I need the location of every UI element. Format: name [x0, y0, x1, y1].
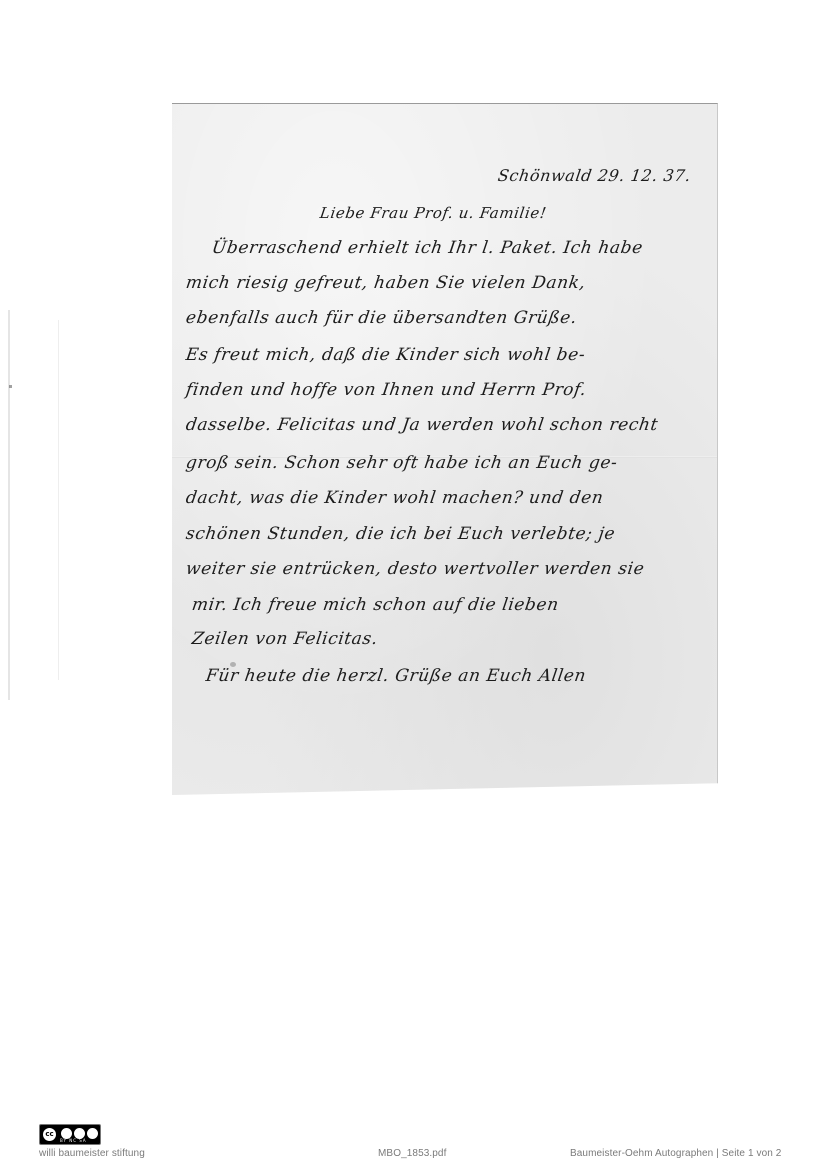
ink-smudge: [230, 662, 236, 667]
letter-salutation: Liebe Frau Prof. u. Familie!: [319, 204, 548, 222]
footer-page-info: Baumeister-Oehm Autographen | Seite 1 vo…: [570, 1148, 781, 1159]
letter-line: Es freut mich, daß die Kinder sich wohl …: [185, 345, 587, 365]
letter-line: dacht, was die Kinder wohl machen? und d…: [185, 488, 605, 508]
letter-line: mir. Ich freue mich schon auf die lieben: [191, 595, 561, 615]
letter-line: ebenfalls auch für die übersandten Grüße…: [185, 308, 579, 328]
letter-scan: Schönwald 29. 12. 37. Liebe Frau Prof. u…: [172, 103, 718, 795]
letter-line: groß sein. Schon sehr oft habe ich an Eu…: [185, 453, 619, 473]
scan-artifact: [9, 385, 12, 388]
letter-line: Für heute die herzl. Grüße an Euch Allen: [205, 666, 588, 686]
letter-line: Überraschend erhielt ich Ihr l. Paket. I…: [211, 238, 645, 258]
license-labels: BY NC SA: [60, 1139, 100, 1143]
letter-line: dasselbe. Felicitas und Ja werden wohl s…: [185, 415, 660, 435]
letter-line: Zeilen von Felicitas.: [191, 629, 380, 649]
cc-icon: cc: [41, 1126, 58, 1143]
letter-line: weiter sie entrücken, desto wertvoller w…: [185, 559, 646, 579]
footer-filename: MBO_1853.pdf: [378, 1148, 446, 1159]
letter-line: schönen Stunden, die ich bei Euch verleb…: [185, 524, 617, 544]
scan-artifact: [58, 320, 59, 680]
scan-artifact: [8, 310, 10, 700]
footer-publisher: willi baumeister stiftung: [39, 1148, 145, 1159]
letter-place-date: Schönwald 29. 12. 37.: [497, 166, 693, 185]
letter-line: mich riesig gefreut, haben Sie vielen Da…: [185, 273, 587, 293]
cc-by-nc-sa-icon: cc BY NC SA: [39, 1124, 101, 1145]
letter-line: finden und hoffe von Ihnen und Herrn Pro…: [185, 380, 588, 400]
